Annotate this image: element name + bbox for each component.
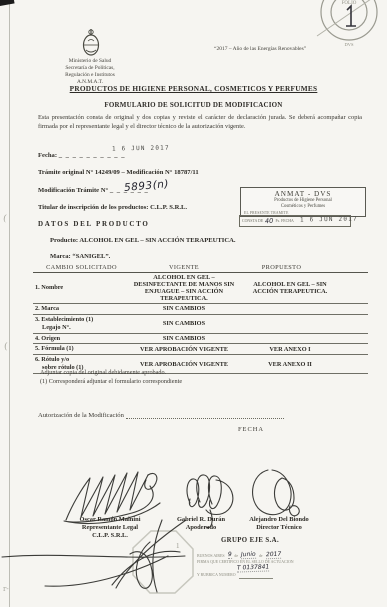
note-line: Adjuntar copia del original debidamente …	[40, 369, 182, 378]
signature-delbiondo	[253, 470, 300, 516]
row-label: 4. Origen	[33, 334, 128, 344]
row-vigente: SIN CAMBIOS	[128, 334, 240, 343]
notary-year-handwritten: 2017	[265, 552, 281, 560]
row-propuesto: VER ANEXO II	[240, 360, 368, 369]
authorization-field: Autorización de la Modificación	[38, 411, 284, 419]
notary-rubrica-label: Y RUBRICA NUMERO	[197, 572, 236, 578]
notary-month-handwritten: Junio	[241, 552, 256, 560]
document-subtitle: FORMULARIO DE SOLICITUD DE MODIFICACION	[0, 101, 387, 109]
row-label: 1. Nombre	[33, 283, 128, 293]
fecha-date-stamp: 1 6 JUN 2017	[112, 144, 170, 152]
fecha-blank-dashes: _ _ _ _ _ _ _ _ _ _	[59, 152, 126, 159]
table-row: 1. Nombre ALCOHOL EN GEL – DESINFECTANTE…	[33, 273, 368, 304]
folios-handwritten: 40	[265, 217, 274, 226]
signer-name: Oscar Ramón Mainini	[55, 516, 165, 524]
company-group-label: GRUPO EJE S.A.	[205, 537, 295, 544]
folio-handwritten-number	[346, 6, 356, 26]
scanned-form-page: ( ( r- Ministerio de Salud Secretaría de…	[0, 0, 387, 607]
header-propuesto: PROPUESTO	[240, 263, 368, 272]
intro-paragraph: Esta presentación consta de original y d…	[38, 114, 362, 132]
ministry-line: Ministerio de Salud	[38, 58, 142, 65]
row-propuesto: VER ANEXO I	[240, 345, 368, 354]
table-row: 5. Fórmula (1) VER APROBACIÓN VIGENTE VE…	[33, 344, 368, 355]
marca-line: Marca: “SANIGEL”.	[50, 253, 110, 260]
modificacion-label: Modificación Trámite N°	[38, 187, 108, 194]
document-title: PRODUCTOS DE HIGIENE PERSONAL, COSMETICO…	[0, 84, 387, 93]
signer-block-mainini: Oscar Ramón Mainini Representante Legal …	[55, 516, 165, 539]
row-vigente: ALCOHOL EN GEL – DESINFECTANTE DE MANOS …	[128, 273, 240, 303]
row-label-line1: 3. Establecimiento (1)	[35, 316, 93, 323]
signer-block-delbiondo: Alejandro Del Biondo Director Técnico	[234, 516, 324, 532]
ministry-line: Regulación e Institutos	[38, 72, 142, 79]
ministry-text-block: Ministerio de Salud Secretaría de Políti…	[38, 58, 142, 87]
row-propuesto	[240, 308, 368, 310]
fs-fecha-label: Fs. FECHA	[275, 219, 293, 223]
row-propuesto: ALCOHOL EN GEL – SIN ACCIÓN TERAPEUTICA.	[240, 280, 368, 296]
anmat-date-stamp: 1 6 JUN 2017	[300, 215, 358, 223]
table-header-row: CAMBIO SOLICITADO VIGENTE PROPUESTO	[33, 263, 368, 273]
signer-role: Director Técnico	[234, 524, 324, 532]
tramite-original-line: Trámite original N° 14249/09 – Modificac…	[38, 169, 199, 176]
signer-block-duran: Gabriel R. Durán Apoderado	[160, 516, 242, 532]
header-vigente: VIGENTE	[128, 263, 240, 272]
scan-corner-mark	[0, 0, 15, 7]
folio-stamp-bottom: DVS	[344, 42, 353, 47]
signer-name: Alejandro Del Biondo	[234, 516, 324, 524]
fecha-field: Fecha: _ _ _ _ _ _ _ _ _ _	[38, 152, 126, 159]
row-label: 5. Fórmula (1)	[33, 344, 128, 354]
fecha-label: Fecha:	[38, 152, 57, 159]
table-row: 4. Origen SIN CAMBIOS	[33, 334, 368, 345]
note-line: (1) Corresponderá adjuntar el formulario…	[40, 378, 182, 387]
authorization-fecha-label: FECHA	[238, 426, 264, 433]
anmat-stamp-line: Cosméticos y Perfumes	[241, 204, 365, 210]
signature-mainini	[66, 472, 148, 520]
row-propuesto	[240, 323, 368, 325]
year-quote: “2017 – Año de las Energías Renovables”	[214, 46, 306, 52]
row-label: 3. Establecimiento (1) Legajo N°.	[33, 315, 128, 333]
section-title-datos: DATOS DEL PRODUCTO	[38, 220, 150, 228]
changes-table: CAMBIO SOLICITADO VIGENTE PROPUESTO 1. N…	[33, 263, 368, 374]
notary-number-handwritten: T 0137841	[237, 565, 270, 573]
scan-margin-mark: (	[2, 214, 7, 224]
table-notes: Adjuntar copia del original debidamente …	[40, 369, 182, 387]
titular-line: Titular de inscripción de los productos:…	[38, 204, 187, 211]
authorization-dotted-line	[126, 411, 284, 419]
row-label: 2. Marca	[33, 304, 128, 314]
row-vigente: SIN CAMBIOS	[128, 319, 240, 328]
signer-role: Apoderado	[160, 524, 242, 532]
table-row: 2. Marca SIN CAMBIOS	[33, 304, 368, 315]
notary-rubrica-line	[239, 574, 273, 579]
consta-label: CONSTA DE	[242, 219, 263, 223]
signer-role: Representante Legal	[55, 524, 165, 532]
notary-line-date: BUENOS AIRES 9 de Junio de 2017	[197, 552, 345, 559]
notary-day-handwritten: 9	[227, 552, 231, 559]
row-label-line1: 6. Rótulo y/o	[35, 356, 69, 363]
row-propuesto	[240, 338, 368, 340]
anmat-stamp-title: ANMAT - DVS	[241, 190, 365, 198]
notary-octagon-seal	[133, 531, 193, 593]
row-vigente: SIN CAMBIOS	[128, 304, 240, 313]
notary-line-number: T 0137841	[197, 565, 345, 572]
signer-name: Gabriel R. Durán	[160, 516, 242, 524]
notary-stamp-block: BUENOS AIRES 9 de Junio de 2017 FIRMA QU…	[197, 552, 345, 579]
table-row: 3. Establecimiento (1) Legajo N°. SIN CA…	[33, 315, 368, 334]
row-label-line2: Legajo N°.	[35, 324, 128, 332]
signer-company: C.L.P. S.R.L.	[55, 532, 165, 540]
producto-line: Producto: ALCOHOL EN GEL – SIN ACCIÓN TE…	[50, 237, 236, 244]
modificacion-handwritten-number: 5893(n)	[124, 178, 170, 194]
row-vigente: VER APROBACIÓN VIGENTE	[128, 360, 240, 369]
authorization-label: Autorización de la Modificación	[38, 412, 124, 419]
header-cambio-solicitado: CAMBIO SOLICITADO	[33, 263, 128, 272]
notary-line-rubrica: Y RUBRICA NUMERO	[197, 572, 345, 578]
scan-margin-mark: (	[4, 342, 8, 352]
anmat-dvs-stamp: ANMAT - DVS Productos de Higiene Persona…	[240, 187, 366, 217]
row-vigente: VER APROBACIÓN VIGENTE	[128, 345, 240, 354]
ministry-coat-of-arms-logo	[79, 28, 103, 58]
octagon-seal-number: 1	[176, 542, 180, 550]
folio-round-stamp: FOLIO DVS	[303, 0, 387, 54]
ministry-line: Secretaría de Políticas,	[38, 65, 142, 72]
folio-stamp-label: FOLIO	[342, 1, 357, 6]
